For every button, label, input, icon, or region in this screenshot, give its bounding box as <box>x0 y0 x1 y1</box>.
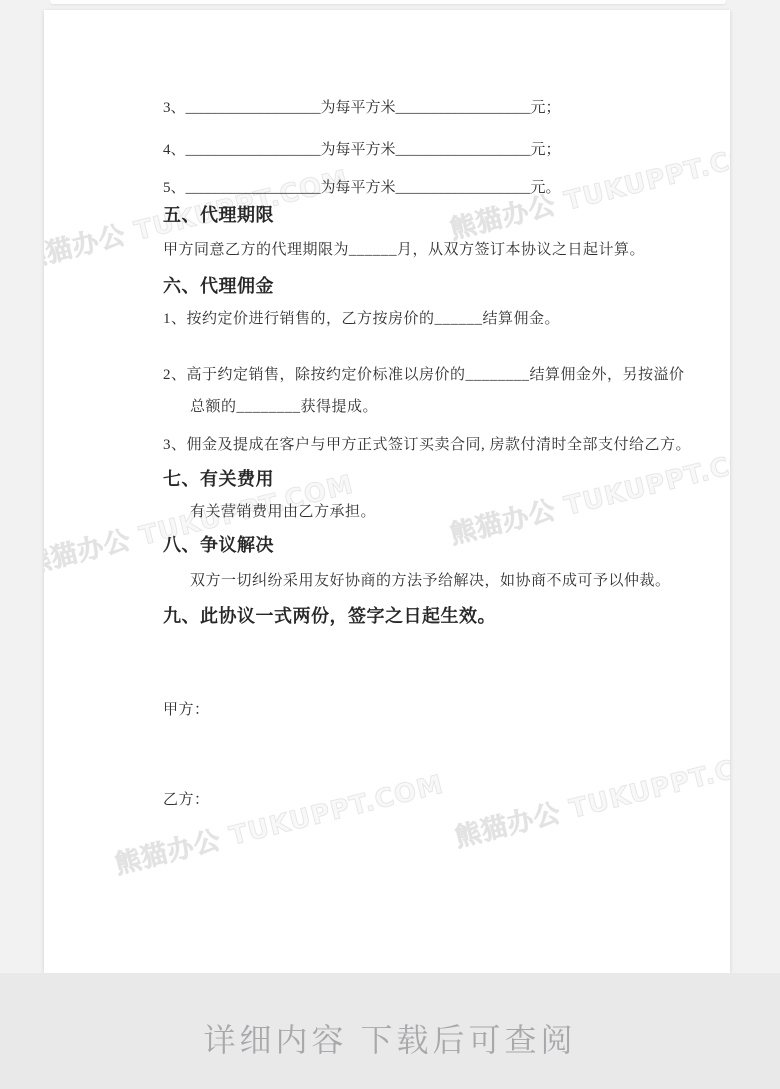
paragraph-commission-3: 3、佣金及提成在客户与甲方正式签订买卖合同, 房款付清时全部支付给乙方。 <box>163 435 674 455</box>
document-page: 熊猫办公 TUKUPPT.COM 熊猫办公 TUKUPPT.COM 熊猫办公 T… <box>44 10 730 973</box>
section-heading-agency-term: 五、代理期限 <box>163 205 674 225</box>
party-a-signature-label: 甲方： <box>163 700 674 720</box>
paragraph-agency-term: 甲方同意乙方的代理期限为______月，从双方签订本协议之日起计算。 <box>163 240 674 260</box>
price-line-5: 5、__________________为每平方米_______________… <box>163 178 674 198</box>
price-line-5-text: 5、__________________为每平方米_______________… <box>163 180 561 196</box>
document-body: 3、__________________为每平方米_______________… <box>44 10 730 810</box>
section-heading-expenses: 七、有关费用 <box>163 469 674 489</box>
party-b-signature-label: 乙方： <box>163 790 674 810</box>
footer-notice-text: 详细内容 下载后可查阅 <box>204 1001 577 1061</box>
section-heading-commission: 六、代理佣金 <box>163 276 674 296</box>
paragraph-commission-2-line1: 2、高于约定销售，除按约定价标准以房价的________结算佣金外，另按溢价 <box>163 365 674 385</box>
paragraph-commission-2-line2: 总额的________获得提成。 <box>163 397 674 417</box>
price-line-4-text: 4、__________________为每平方米_______________… <box>163 142 561 158</box>
paragraph-commission-1: 1、按约定价进行销售的，乙方按房价的______结算佣金。 <box>163 309 674 329</box>
template-preview-screen: { "watermark": { "text": "熊猫办公 TUKUPPT.C… <box>0 0 780 1089</box>
price-line-3: 3、__________________为每平方米_______________… <box>163 98 674 118</box>
paragraph-dispute: 双方一切纠纷采用友好协商的方法予给解决，如协商不成可予以仲裁。 <box>163 571 674 591</box>
previous-page-bottom-edge <box>50 0 726 4</box>
section-heading-dispute: 八、争议解决 <box>163 535 674 555</box>
price-line-4: 4、__________________为每平方米_______________… <box>163 140 674 160</box>
price-line-3-text: 3、__________________为每平方米_______________… <box>163 100 561 116</box>
footer-notice-bar: 详细内容 下载后可查阅 <box>0 973 780 1089</box>
section-heading-effectiveness: 九、此协议一式两份，签字之日起生效。 <box>163 606 674 626</box>
paragraph-expenses: 有关营销费用由乙方承担。 <box>163 502 674 522</box>
